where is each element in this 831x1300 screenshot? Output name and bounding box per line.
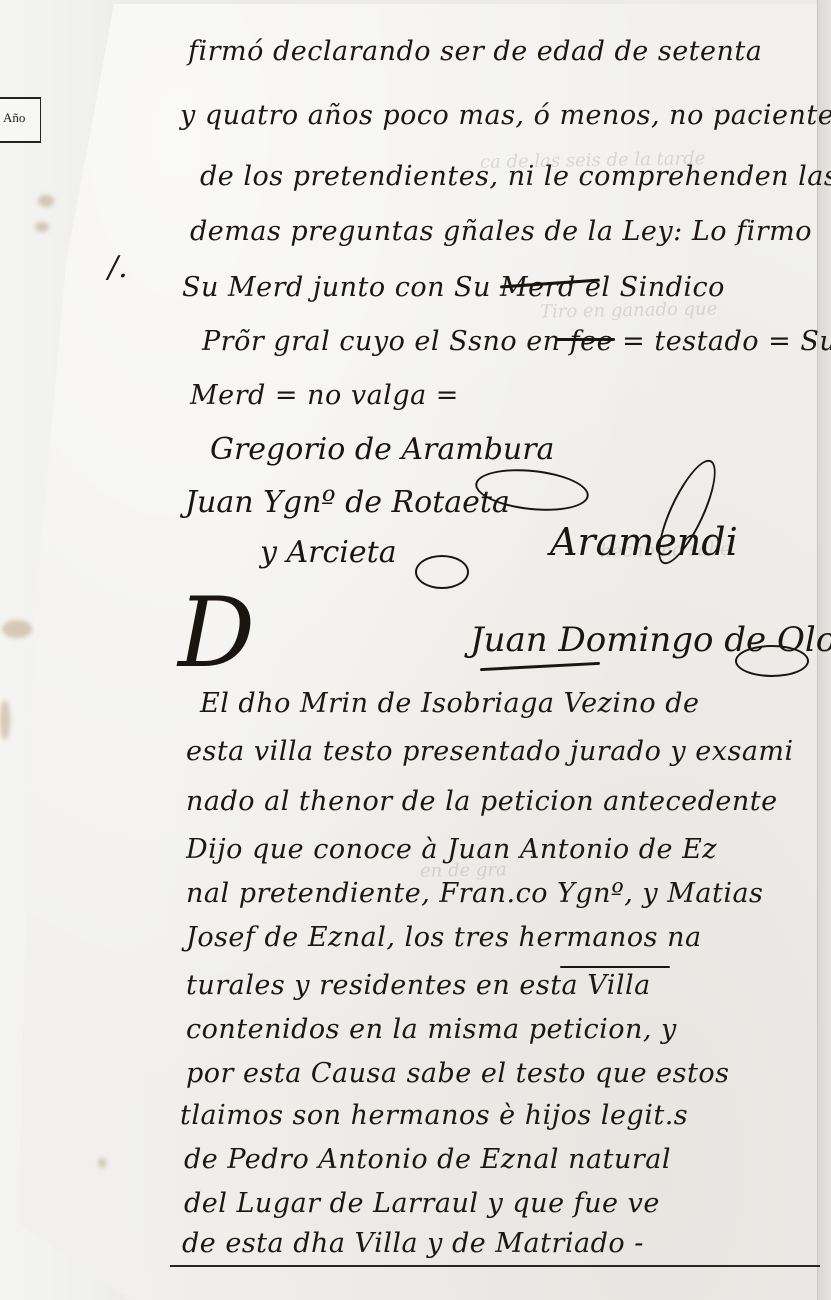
manuscript-line: de Pedro Antonio de Eznal natural <box>184 1144 671 1175</box>
manuscript-line: por esta Causa sabe el testo que estos <box>186 1058 729 1089</box>
paper-stain <box>0 700 10 740</box>
manuscript-line: firmó declarando ser de edad de setenta <box>188 36 762 67</box>
manuscript-line: contenidos en la misma peticion, y <box>186 1014 677 1045</box>
manuscript-line: del Lugar de Larraul y que fue ve <box>184 1188 660 1219</box>
manuscript-line: turales y residentes en esta Villa <box>186 970 651 1001</box>
signature-rubric <box>415 555 469 589</box>
signature-juan-ygnacio-de-rotaeta: Juan Ygnº de Rotaeta <box>185 485 510 520</box>
signature-gregorio-de-arambura: Gregorio de Arambura <box>210 432 554 467</box>
strike-through <box>555 338 615 341</box>
signature-aramendi: Aramendi <box>550 520 738 564</box>
manuscript-line: Josef de Eznal, los tres hermanos na <box>186 922 702 953</box>
manuscript-line: demas preguntas gñales de la Ley: Lo fir… <box>190 216 812 247</box>
document-scan: Año ca de las seis de la tarde Tiro en g… <box>0 0 831 1300</box>
manuscript-line: esta villa testo presentado jurado y exs… <box>186 736 794 767</box>
paper-stain <box>35 222 49 232</box>
manuscript-line: de los pretendientes, ni le comprehenden… <box>200 161 831 192</box>
manuscript-line: nado al thenor de la peticion antecedent… <box>186 786 778 817</box>
manuscript-line: de esta dha Villa y de Matriado - <box>182 1228 644 1259</box>
signature-y-arcieta: y Arcieta <box>260 535 397 570</box>
manuscript-line: Dijo que conoce à Juan Antonio de Ez <box>186 834 717 865</box>
line-filler-stroke <box>560 966 670 968</box>
manuscript-line: Su Merd junto con Su Merd el Sindico <box>182 272 725 303</box>
manuscript-line: El dho Mrin de Isobriaga Vezino de <box>200 688 699 719</box>
year-label: Año <box>3 110 25 126</box>
paper-stain <box>38 195 54 207</box>
margin-mark: /. <box>108 250 128 285</box>
signature-rubric <box>735 645 809 677</box>
manuscript-line: tlaimos son hermanos è hijos legit.s <box>180 1100 688 1131</box>
bottom-rule <box>170 1265 820 1267</box>
paragraph-initial: D <box>178 585 255 681</box>
paper-stain <box>2 620 32 638</box>
year-label-box: Año <box>0 97 41 143</box>
manuscript-line: Merd = no valga = <box>190 380 459 411</box>
manuscript-line: y quatro años poco mas, ó menos, no paci… <box>180 100 831 131</box>
manuscript-line: Prõr gral cuyo el Ssno en fee = testado … <box>202 326 831 357</box>
paper-stain <box>98 1158 106 1168</box>
manuscript-line: nal pretendiente, Fran.co Ygnº, y Matias <box>186 878 763 909</box>
